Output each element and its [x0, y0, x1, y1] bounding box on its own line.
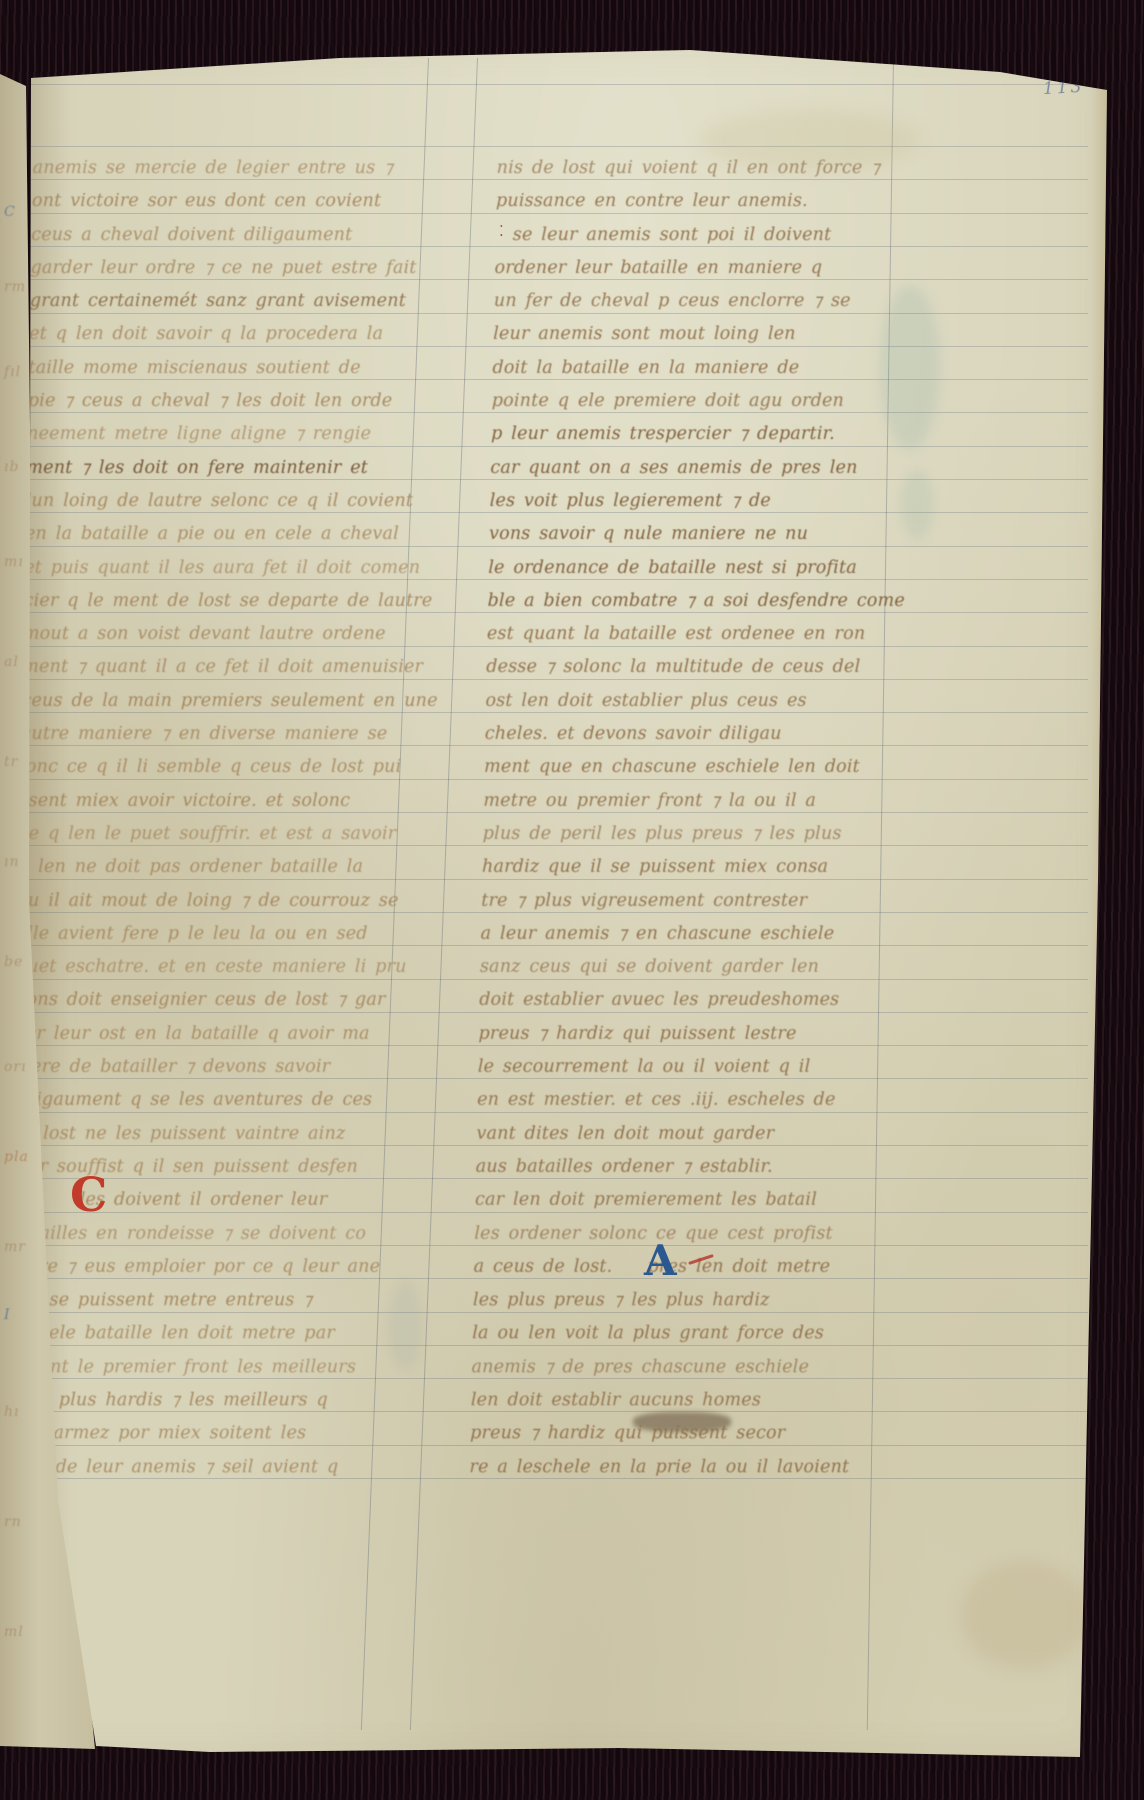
manuscript-line: puet eschatre. et en ceste maniere li pr…: [16, 951, 415, 984]
manuscript-line: puissance en contre leur anemis.: [496, 185, 901, 218]
manuscript-line: ost len doit establier plus ceus es: [485, 685, 890, 718]
manuscript-line: ssent miex avoir victoire. et solonc: [19, 785, 418, 818]
manuscript-line: le secourrement la ou il voient q il: [477, 1051, 882, 1084]
text-column-right: nis de lost qui voient q il en ont force…: [469, 152, 901, 1484]
edge-text-fragment: ıb: [4, 459, 19, 475]
manuscript-line: de lost ne les puissent vaintre ainz: [12, 1118, 411, 1151]
manuscript-line: elle avient fere p le leu la ou en sed: [16, 918, 415, 951]
manuscript-line: les voit plus legierement ⁊ de: [489, 485, 894, 518]
blue-lombardic-initial: A: [644, 1236, 677, 1285]
manuscript-line: nis de lost qui voient q il en ont force…: [496, 152, 901, 185]
manuscript-line: q len ne doit pas ordener bataille la: [18, 851, 417, 884]
manuscript-line: hardiz que il se puissent miex consa: [482, 851, 887, 884]
photograph-of-manuscript: { "document": { "type": "medieval-manusc…: [0, 0, 1144, 1800]
manuscript-line: cops de leur anemis ⁊ seil avient q: [5, 1451, 404, 1484]
red-paraph-mark: ⁚: [499, 222, 504, 240]
manuscript-line: grant certainemét sanz grant avisement: [30, 285, 429, 318]
edge-text-fragment: fıl: [4, 364, 21, 380]
manuscript-line: ce q len le puet souffrir. et est a savo…: [18, 818, 417, 851]
edge-text-fragment: I: [4, 1307, 11, 1323]
manuscript-line: anemis ⁊ de pres chascune eschiele: [471, 1351, 876, 1384]
edge-text-fragment: hı: [4, 1404, 20, 1420]
manuscript-line: batre ⁊ eus emploier por ce q leur ane: [9, 1251, 408, 1284]
manuscript-line: devant le premier front les meilleurs: [7, 1351, 406, 1384]
manuscript-line: ⁊ les plus hardis ⁊ les meilleurs q: [6, 1384, 405, 1417]
edge-text-fragment: orı: [4, 1059, 27, 1075]
manuscript-line: pointe q ele premiere doit agu orden: [491, 385, 896, 418]
ruled-line: [22, 146, 1088, 147]
edge-text-fragment: mr: [4, 1239, 26, 1255]
manuscript-line: se leur anemis sont poi il doivent: [495, 219, 900, 252]
manuscript-line: lonc ce q il li semble q ceus de lost pu…: [20, 751, 419, 784]
edge-text-fragment: be: [4, 954, 23, 970]
manuscript-line: taille mome miscienaus soutient de: [28, 352, 427, 385]
manuscript-line: le ordenance de bataille nest si profita: [488, 552, 893, 585]
manuscript-line: est quant la bataille est ordenee en ron: [487, 618, 892, 651]
manuscript-line: vant dites len doit mout garder: [476, 1118, 881, 1151]
manuscript-line: preus ⁊ hardiz qui puissent lestre: [478, 1018, 883, 1051]
manuscript-line: doit la bataille en la maniere de: [492, 352, 897, 385]
edge-text-fragment: pla: [4, 1149, 29, 1165]
manuscript-line: pie ⁊ ceus a cheval ⁊ les doit len orde: [27, 385, 426, 418]
manuscript-line: preus ⁊ hardiz qui puissent secor: [470, 1417, 875, 1450]
manuscript-line: ordener leur bataille en maniere q: [494, 252, 899, 285]
manuscript-line: sanz ceus qui se doivent garder len: [480, 951, 885, 984]
manuscript-line: der leur ost en la bataille q avoir ma: [14, 1018, 413, 1051]
text-column-left: anemis se mercie de legier entre us ⁊ont…: [5, 152, 431, 1484]
edge-text-fragment: ın: [4, 854, 20, 870]
manuscript-line: re a leschele en la prie la ou il lavoie…: [469, 1451, 874, 1484]
manuscript-line: desse ⁊ solonc la multitude de ceus del: [486, 651, 891, 684]
manuscript-line: ou il ait mout de loing ⁊ de courrouz se: [17, 885, 416, 918]
manuscript-line: tre ⁊ plus vigreusement contrester: [481, 885, 886, 918]
manuscript-line: en est mestier. et ces .iij. escheles de: [477, 1084, 882, 1117]
folio-number: 113: [1043, 77, 1085, 99]
manuscript-line: ceus de la main premiers seulement en un…: [21, 685, 420, 718]
manuscript-line: car len doit premierement les batail: [475, 1184, 880, 1217]
manuscript-line: et q len doit savoir q la procedera la: [29, 318, 428, 351]
manuscript-line: metre ou premier front ⁊ la ou il a: [483, 785, 888, 818]
manuscript-line: les plus preus ⁊ les plus hardiz: [473, 1284, 878, 1317]
manuscript-line: sont armez por miex soitent les: [6, 1417, 405, 1450]
manuscript-line: plus de peril les plus preus ⁊ les plus: [482, 818, 887, 851]
ruled-line: [22, 84, 1088, 85]
edge-text-fragment: ml: [4, 1624, 24, 1640]
manuscript-line: cheles. et devons savoir diligau: [484, 718, 889, 751]
edge-text-fragment: C: [4, 204, 16, 220]
edge-text-fragment: rn: [4, 1514, 22, 1530]
edge-text-fragment: tr: [4, 754, 18, 770]
manuscript-line: anemis se mercie de legier entre us ⁊: [32, 152, 431, 185]
manuscript-line: ont victoire sor eus dont cen covient: [32, 185, 431, 218]
parchment-page: 113 anemis se mercie de legier entre us …: [0, 0, 1144, 1800]
manuscript-line: len doit establir aucuns homes: [470, 1384, 875, 1417]
manuscript-line: et puis quant il les aura fet il doit co…: [24, 552, 423, 585]
manuscript-line: neement metre ligne aligne ⁊ rengie: [27, 418, 426, 451]
manuscript-line: doit establier avuec les preudeshomes: [479, 984, 884, 1017]
manuscript-line: dons doit enseignier ceus de lost ⁊ gar: [15, 984, 414, 1017]
manuscript-line: p leur anemis trespercier ⁊ departir.: [491, 418, 896, 451]
manuscript-line: car quant on a ses anemis de pres len: [490, 452, 895, 485]
manuscript-line: en la bataille a pie ou en cele a cheval: [25, 518, 424, 551]
manuscript-line: ment ⁊ quant il a ce fet il doit amenuis…: [22, 651, 421, 684]
edge-text-fragment: mı: [4, 554, 24, 570]
edge-text-fragment: al: [4, 654, 19, 670]
manuscript-line: mis se puissent metre entreus ⁊: [9, 1284, 408, 1317]
manuscript-line: ment que en chascune eschiele len doit: [484, 751, 889, 784]
manuscript-line: en cele bataille len doit metre par: [8, 1317, 407, 1350]
manuscript-line: un fer de cheval p ceus enclorre ⁊ se: [494, 285, 899, 318]
manuscript-line: a leur anemis ⁊ en chascune eschiele: [480, 918, 885, 951]
manuscript-line: ment ⁊ les doit on fere maintenir et: [26, 452, 425, 485]
red-lombardic-initial: C: [70, 1168, 107, 1223]
manuscript-line: diligaument q se les aventures de ces: [13, 1084, 412, 1117]
manuscript-line: niere de batailler ⁊ devons savoir: [13, 1051, 412, 1084]
manuscript-line: ceus a cheval doivent diligaument: [31, 219, 430, 252]
manuscript-line: cier q le ment de lost se departe de lau…: [23, 585, 422, 618]
manuscript-line: autre maniere ⁊ en diverse maniere se: [20, 718, 419, 751]
edge-text-fragment: rm: [4, 279, 26, 295]
manuscript-line: lun loing de lautre selonc ce q il covie…: [25, 485, 424, 518]
manuscript-line: leur anemis sont mout loing len: [493, 318, 898, 351]
manuscript-line: la ou len voit la plus grant force des: [472, 1317, 877, 1350]
manuscript-line: mout a son voist devant lautre ordene: [23, 618, 422, 651]
manuscript-line: aus batailles ordener ⁊ establir.: [475, 1151, 880, 1184]
manuscript-line: garder leur ordre ⁊ ce ne puet estre fai…: [30, 252, 429, 285]
manuscript-line: ble a bien combatre ⁊ a soi desfendre co…: [487, 585, 892, 618]
manuscript-line: vons savoir q nule maniere ne nu: [489, 518, 894, 551]
